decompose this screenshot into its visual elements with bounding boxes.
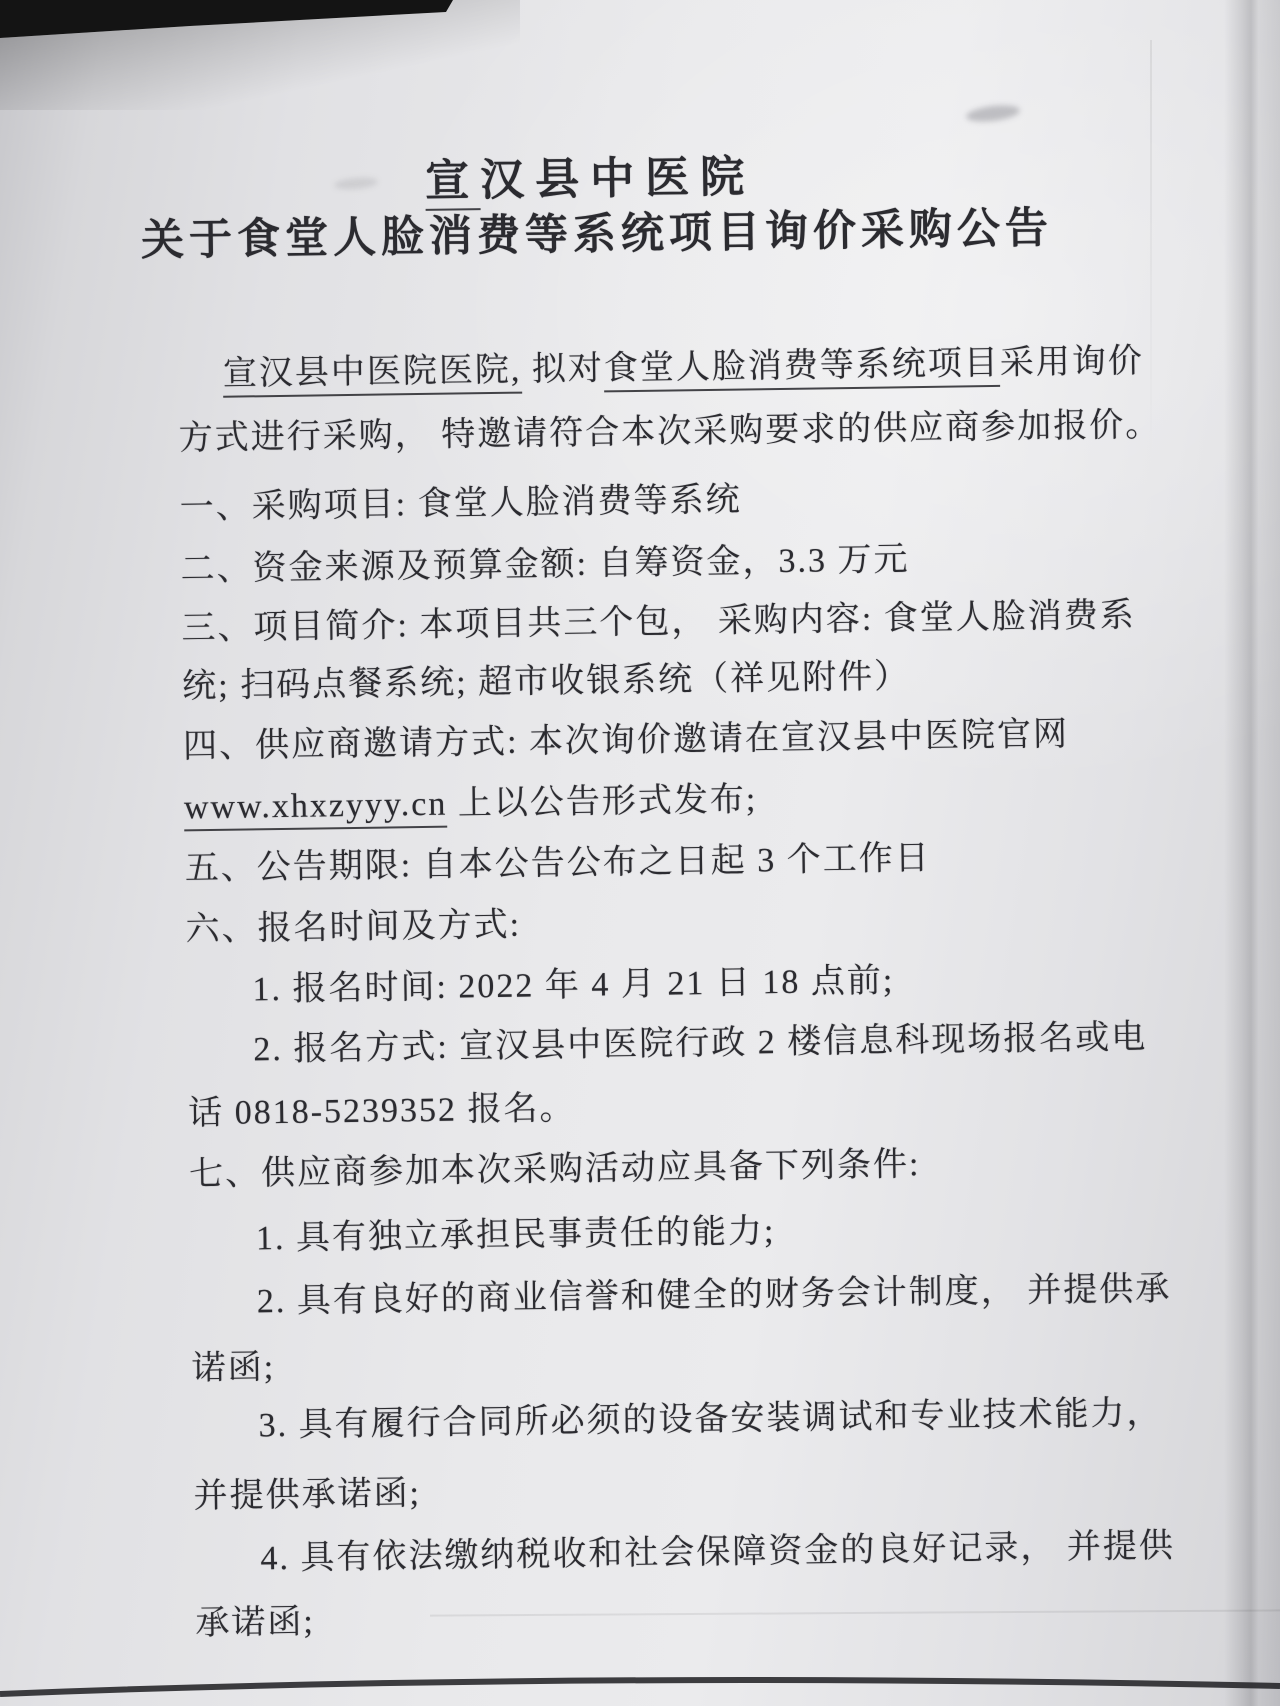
doc-item-7-1: 1. 具有独立承担民事责任的能力; [190,1208,776,1264]
doc-paragraph-line-1: 宣汉县中医院医院, 拟对食堂人脸消费等系统项目采用询价 [178,338,1145,399]
doc-item-6-2-line-2: 话 0818-5239352 报名。 [188,1085,576,1138]
doc-title-line-2: 关于食堂人脸消费等系统项目询价采购公告 [141,201,1042,270]
doc-item-3-line-1: 三、项目简介: 本项目共三个包， 采购内容: 食堂人脸消费系 [181,592,1136,653]
doc-item-2: 二、资金来源及预算金额: 自筹资金，3.3 万元 [180,536,910,594]
underlined-text: 食堂人脸消费等系统项目 [604,345,1001,393]
doc-item-7-4-line-1: 4. 具有依法缴纳税收和社会保障资金的良好记录， 并提供 [194,1523,1175,1585]
paragraph-text: 拟对 [521,350,604,388]
doc-item-3-line-2: 统; 扫码点餐系统; 超市收银系统（祥见附件） [182,653,911,711]
title-text: 汉县中医院 [480,152,756,205]
doc-item-4-line-1: 四、供应商邀请方式: 本次询价邀请在宣汉县中医院官网 [183,711,1070,771]
document-text: 宣汉县中医院 关于食堂人脸消费等系统项目询价采购公告 宣汉县中医院医院, 拟对食… [138,0,1062,1706]
doc-item-1: 一、采购项目: 食堂人脸消费等系统 [179,477,742,533]
doc-item-7-3-line-2: 并提供承诺函; [193,1470,421,1521]
doc-item-6: 六、报名时间及方式: [185,902,521,955]
underlined-text: 宣 [425,156,481,211]
website-url: www.xhxzyyy.cn [184,786,448,832]
item-text: 上以公告形式发布; [447,781,757,822]
doc-paragraph-line-2: 方式进行采购， 特邀请符合本次采购要求的供应商参加报价。 [178,402,1161,464]
doc-item-4-line-2: www.xhxzyyy.cn 上以公告形式发布; [184,776,758,832]
doc-item-7-4-line-2: 承诺函; [195,1599,315,1649]
doc-item-6-1: 1. 报名时间: 2022 年 4 月 21 日 18 点前; [186,957,895,1015]
underlined-text: 宣汉县中医院医院, [223,352,522,398]
paragraph-text: 采用询价 [1000,343,1145,382]
doc-item-6-2-line-1: 2. 报名方式: 宣汉县中医院行政 2 楼信息科现场报名或电 [187,1014,1148,1075]
doc-item-7-2-line-2: 诺函; [191,1344,275,1393]
doc-item-5: 五、公告期限: 自本公告公布之日起 3 个工作日 [184,835,931,893]
paper-right-edge-fold [1224,0,1280,1706]
doc-item-7-2-line-1: 2. 具有良好的商业信誉和健全的财务会计制度， 并提供承 [191,1266,1172,1328]
paper-sheet: 宣汉县中医院 关于食堂人脸消费等系统项目询价采购公告 宣汉县中医院医院, 拟对食… [0,0,1280,1706]
doc-item-7-3-line-1: 3. 具有履行合同所必须的设备安装调试和专业技术能力， [192,1390,1163,1452]
photo-background: 宣汉县中医院 关于食堂人脸消费等系统项目询价采购公告 宣汉县中医院医院, 拟对食… [0,0,1280,1706]
doc-item-7: 七、供应商参加本次采购活动应具备下列条件: [189,1141,921,1199]
